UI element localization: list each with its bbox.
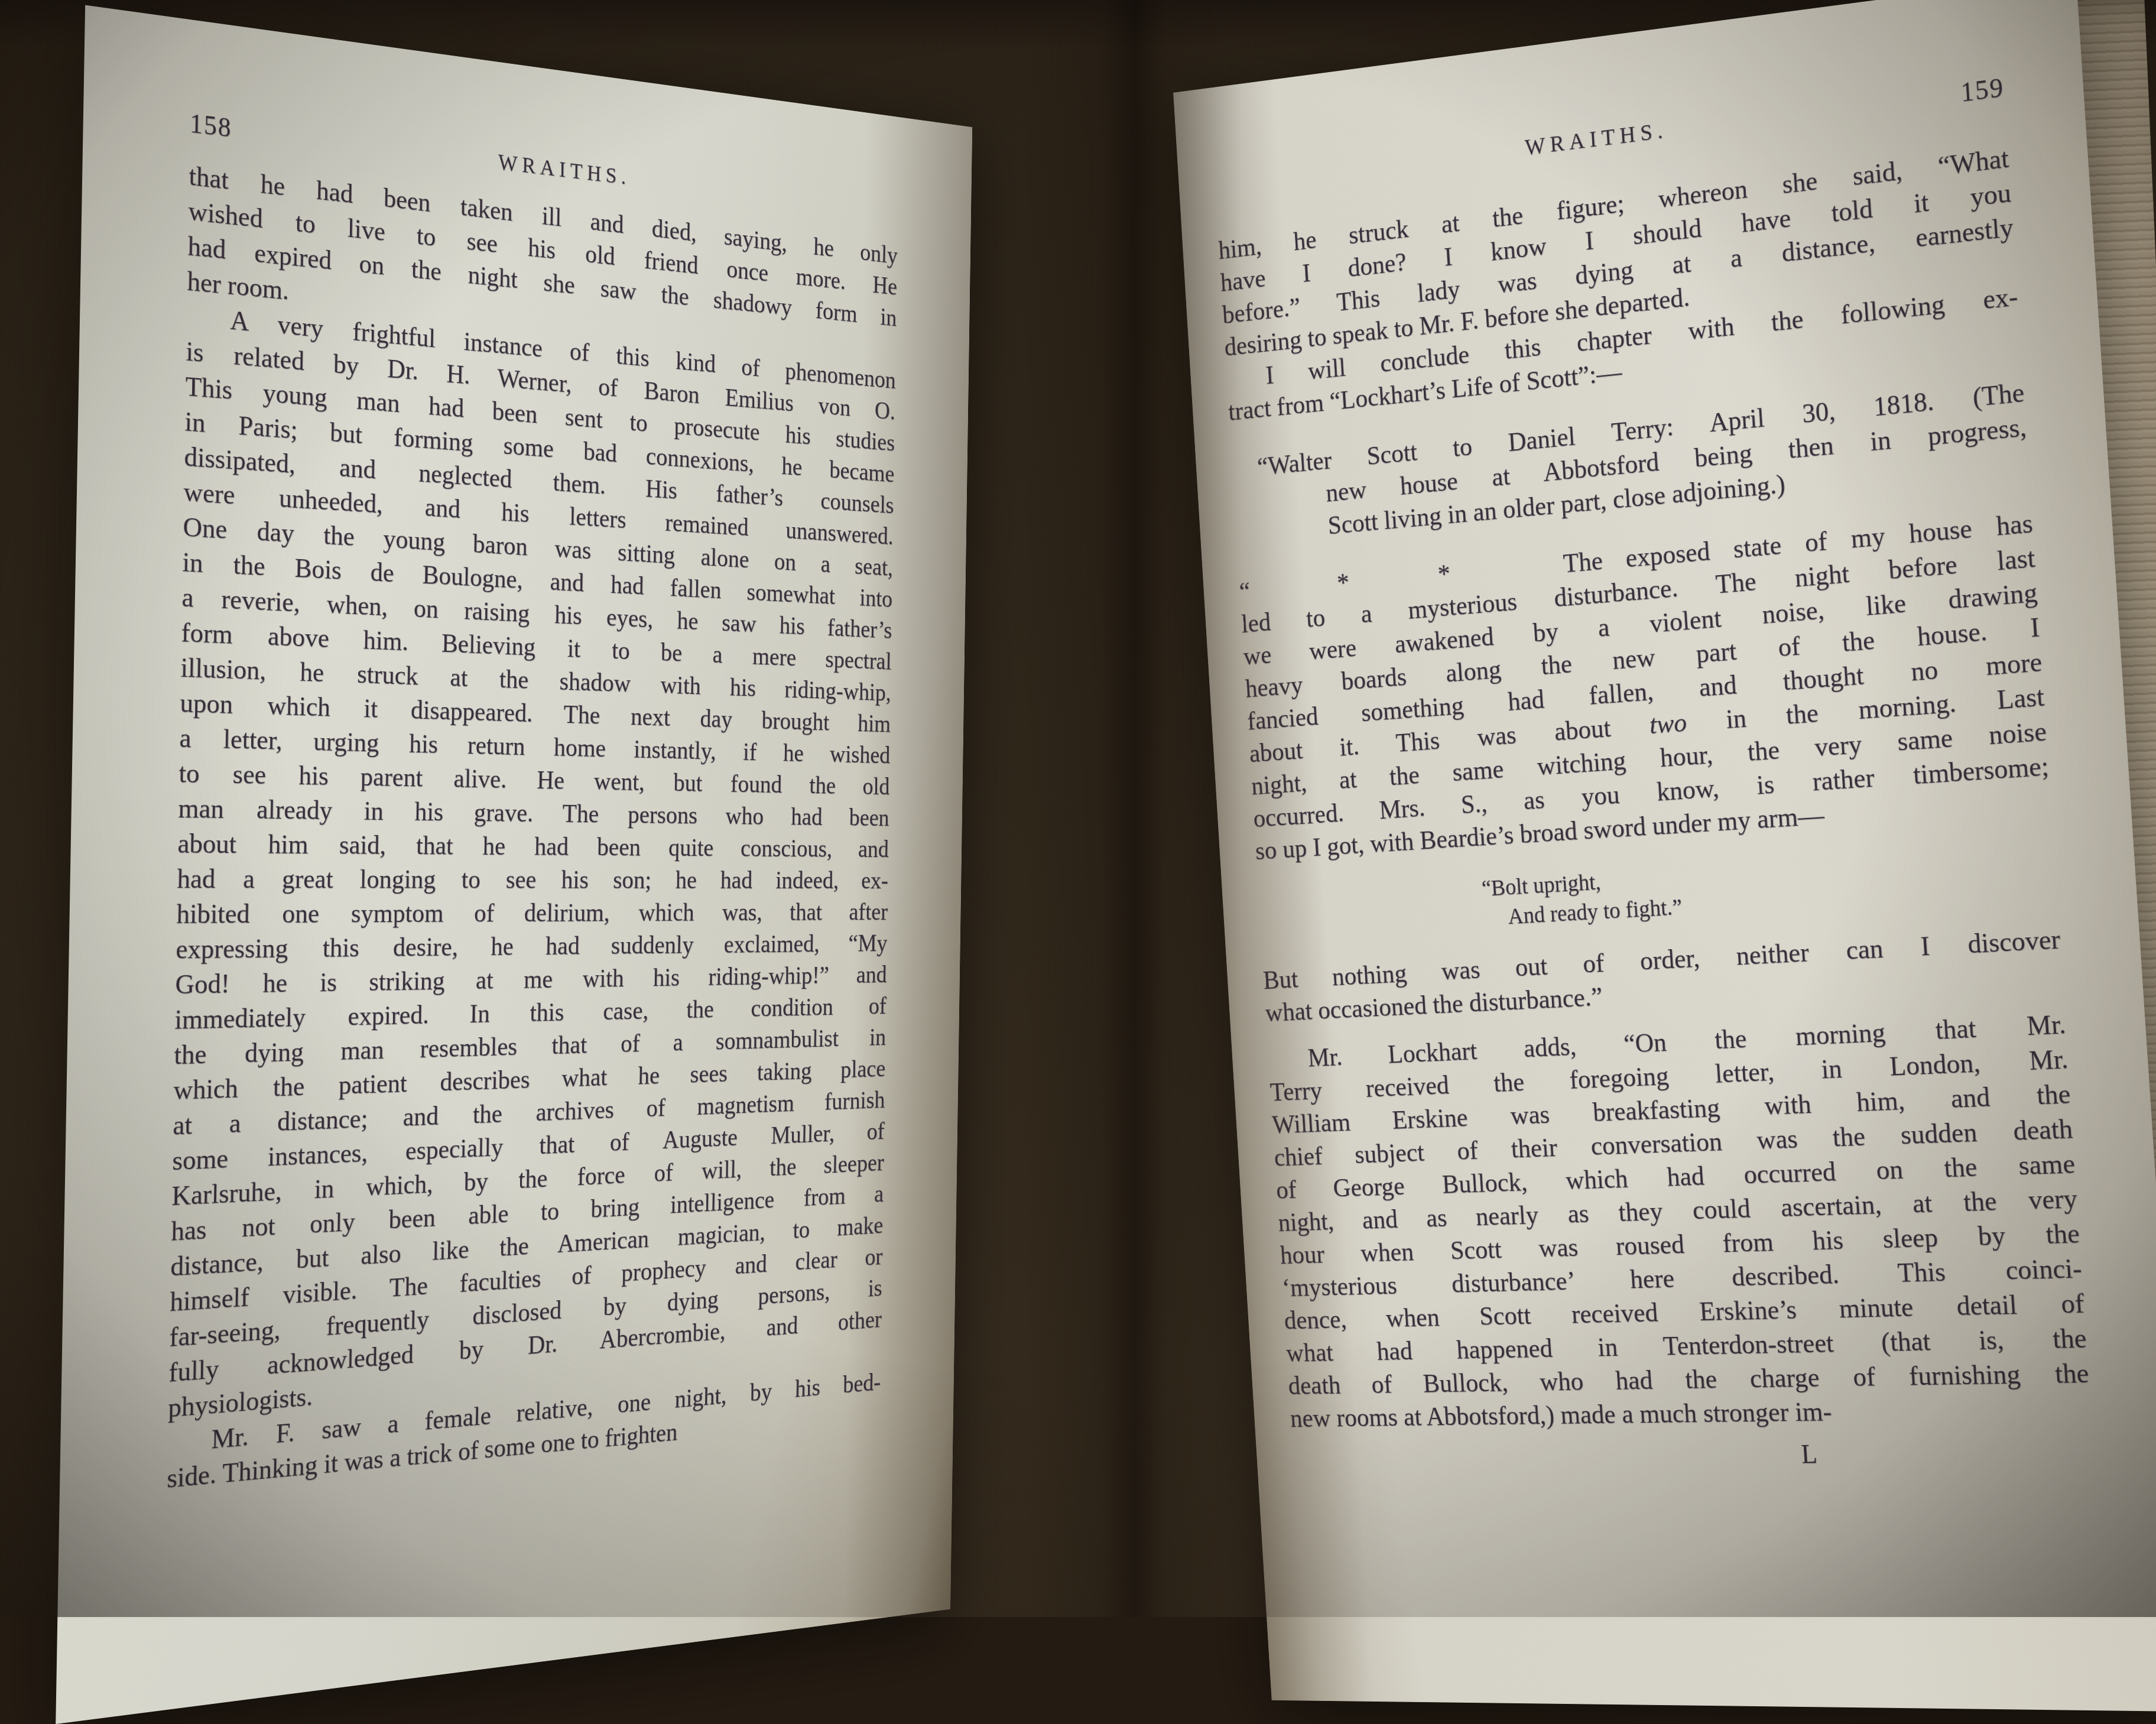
paragraph: Mr. Lockhart adds, “On the morning that … bbox=[1267, 1007, 2092, 1435]
right-page-inner: WRAITHS. 159 him, he struck at the figur… bbox=[1173, 0, 2156, 1617]
right-page-text: him, he struck at the figure; whereon sh… bbox=[1217, 141, 2092, 1435]
text-line: about him said, that he had been quite c… bbox=[177, 826, 889, 865]
left-page-inner: 158 WRAITHS. that he had been taken ill … bbox=[56, 5, 972, 1617]
paragraph: “ * * The exposed state of my house hasl… bbox=[1238, 507, 2052, 868]
italic-text: two bbox=[1648, 707, 1687, 740]
left-page-number: 158 bbox=[190, 108, 274, 148]
right-page: WRAITHS. 159 him, he struck at the figur… bbox=[1173, 0, 2156, 1617]
paragraph: A very frightful instance of this kind o… bbox=[168, 298, 896, 1426]
right-header-spacer bbox=[1215, 183, 1291, 193]
left-header-spacer bbox=[830, 209, 898, 217]
text-line: hibited one symptom of delirium, which w… bbox=[176, 896, 888, 931]
left-page: 158 WRAITHS. that he had been taken ill … bbox=[56, 5, 972, 1617]
photo-background: 158 WRAITHS. that he had been taken ill … bbox=[0, 0, 2156, 1617]
left-page-text: that he had been taken ill and died, say… bbox=[167, 158, 898, 1496]
right-page-number: 159 bbox=[1917, 72, 2005, 113]
paragraph: “Bolt upright,And ready to fight.” bbox=[1481, 840, 2058, 933]
text-line: had a great longing to see his son; he h… bbox=[177, 861, 888, 897]
signature-mark: L bbox=[1292, 1436, 2095, 1473]
